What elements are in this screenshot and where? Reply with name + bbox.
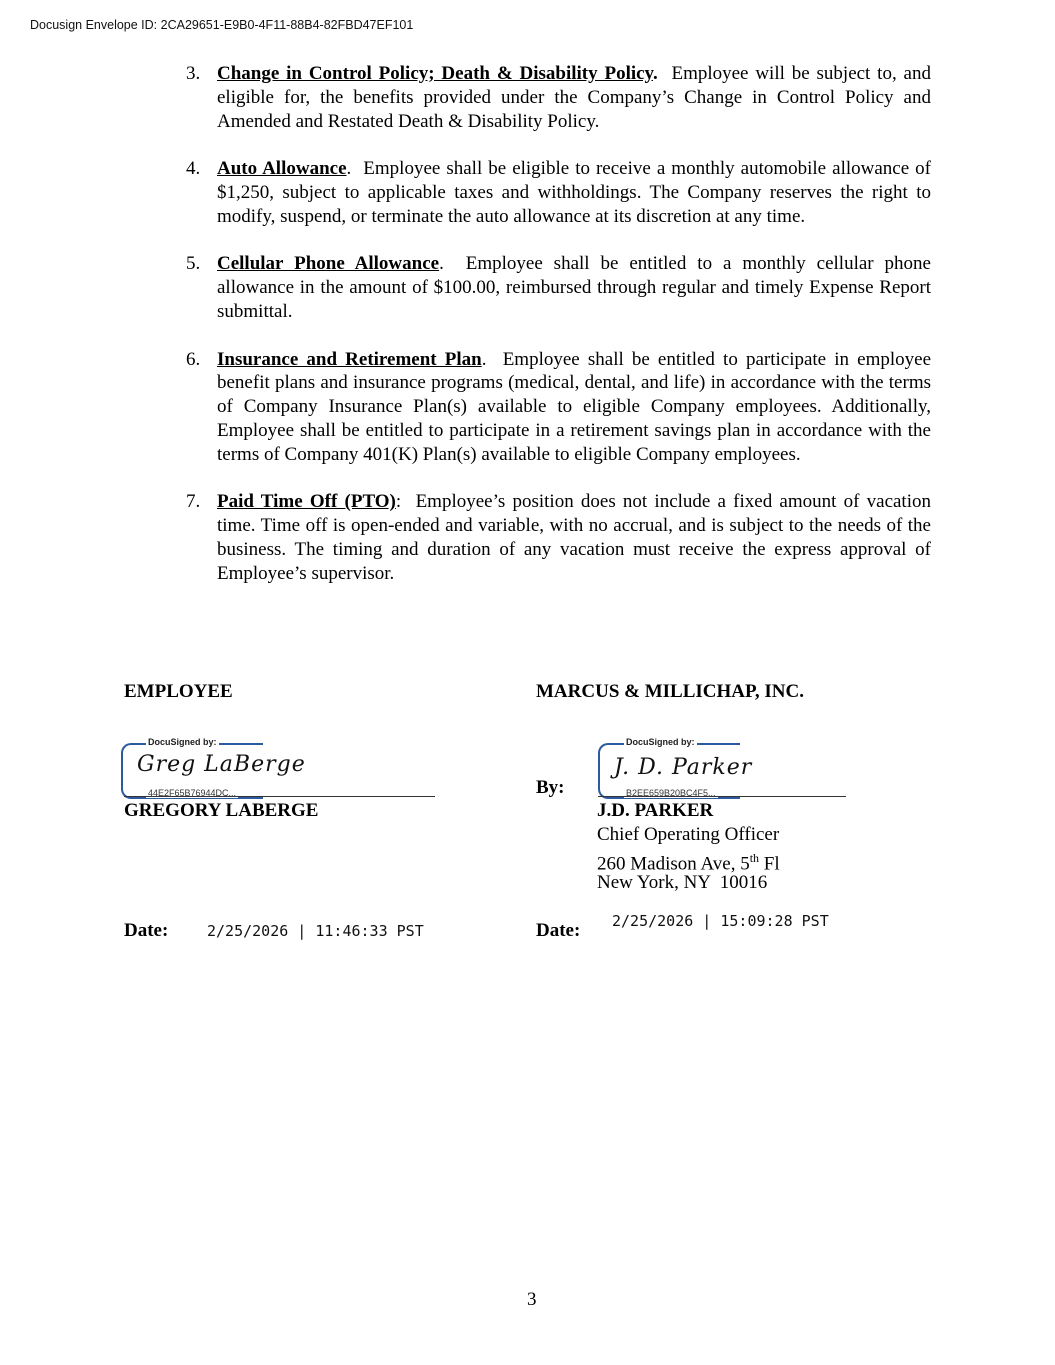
employee-signature: Greg LaBerge [137, 752, 306, 777]
envelope-id: Docusign Envelope ID: 2CA29651-E9B0-4F11… [30, 18, 413, 32]
employee-name: GREGORY LABERGE [124, 800, 318, 822]
signer-title: Chief Operating Officer [597, 823, 779, 847]
item-heading: Insurance and Retirement Plan [217, 349, 482, 370]
item-number: 5. [186, 252, 217, 323]
employee-date-label: Date: [124, 920, 168, 942]
item-number: 3. [186, 62, 217, 133]
page-number: 3 [527, 1289, 537, 1311]
item-number: 4. [186, 157, 217, 228]
signature-line [124, 796, 435, 797]
item-heading: Paid Time Off (PTO) [217, 491, 396, 512]
item-heading: Change in Control Policy; Death & Disabi… [217, 63, 653, 84]
list-item: 6. Insurance and Retirement Plan. Employ… [186, 348, 931, 467]
employee-label: EMPLOYEE [124, 681, 233, 703]
item-heading: Auto Allowance [217, 158, 347, 179]
company-date-label: Date: [536, 920, 580, 942]
list-item: 7. Paid Time Off (PTO): Employee’s posit… [186, 490, 931, 585]
by-label: By: [536, 777, 565, 799]
signature-line [598, 796, 846, 797]
docusigned-by-caption: DocuSigned by: [146, 737, 219, 747]
item-number: 7. [186, 490, 217, 585]
item-number: 6. [186, 348, 217, 467]
signer-name: J.D. PARKER [597, 800, 713, 822]
list-item: 5. Cellular Phone Allowance. Employee sh… [186, 252, 931, 323]
address-line-2: New York, NY 10016 [597, 871, 767, 895]
company-date-value: 2/25/2026 | 15:09:28 PST [612, 912, 829, 930]
benefits-list: 3. Change in Control Policy; Death & Dis… [186, 62, 931, 609]
item-heading: Cellular Phone Allowance [217, 253, 439, 274]
company-signature: J. D. Parker [614, 755, 752, 780]
list-item: 3. Change in Control Policy; Death & Dis… [186, 62, 931, 133]
employee-date-value: 2/25/2026 | 11:46:33 PST [207, 922, 424, 940]
company-label: MARCUS & MILLICHAP, INC. [536, 681, 804, 703]
list-item: 4. Auto Allowance. Employee shall be eli… [186, 157, 931, 228]
docusigned-by-caption: DocuSigned by: [624, 737, 697, 747]
